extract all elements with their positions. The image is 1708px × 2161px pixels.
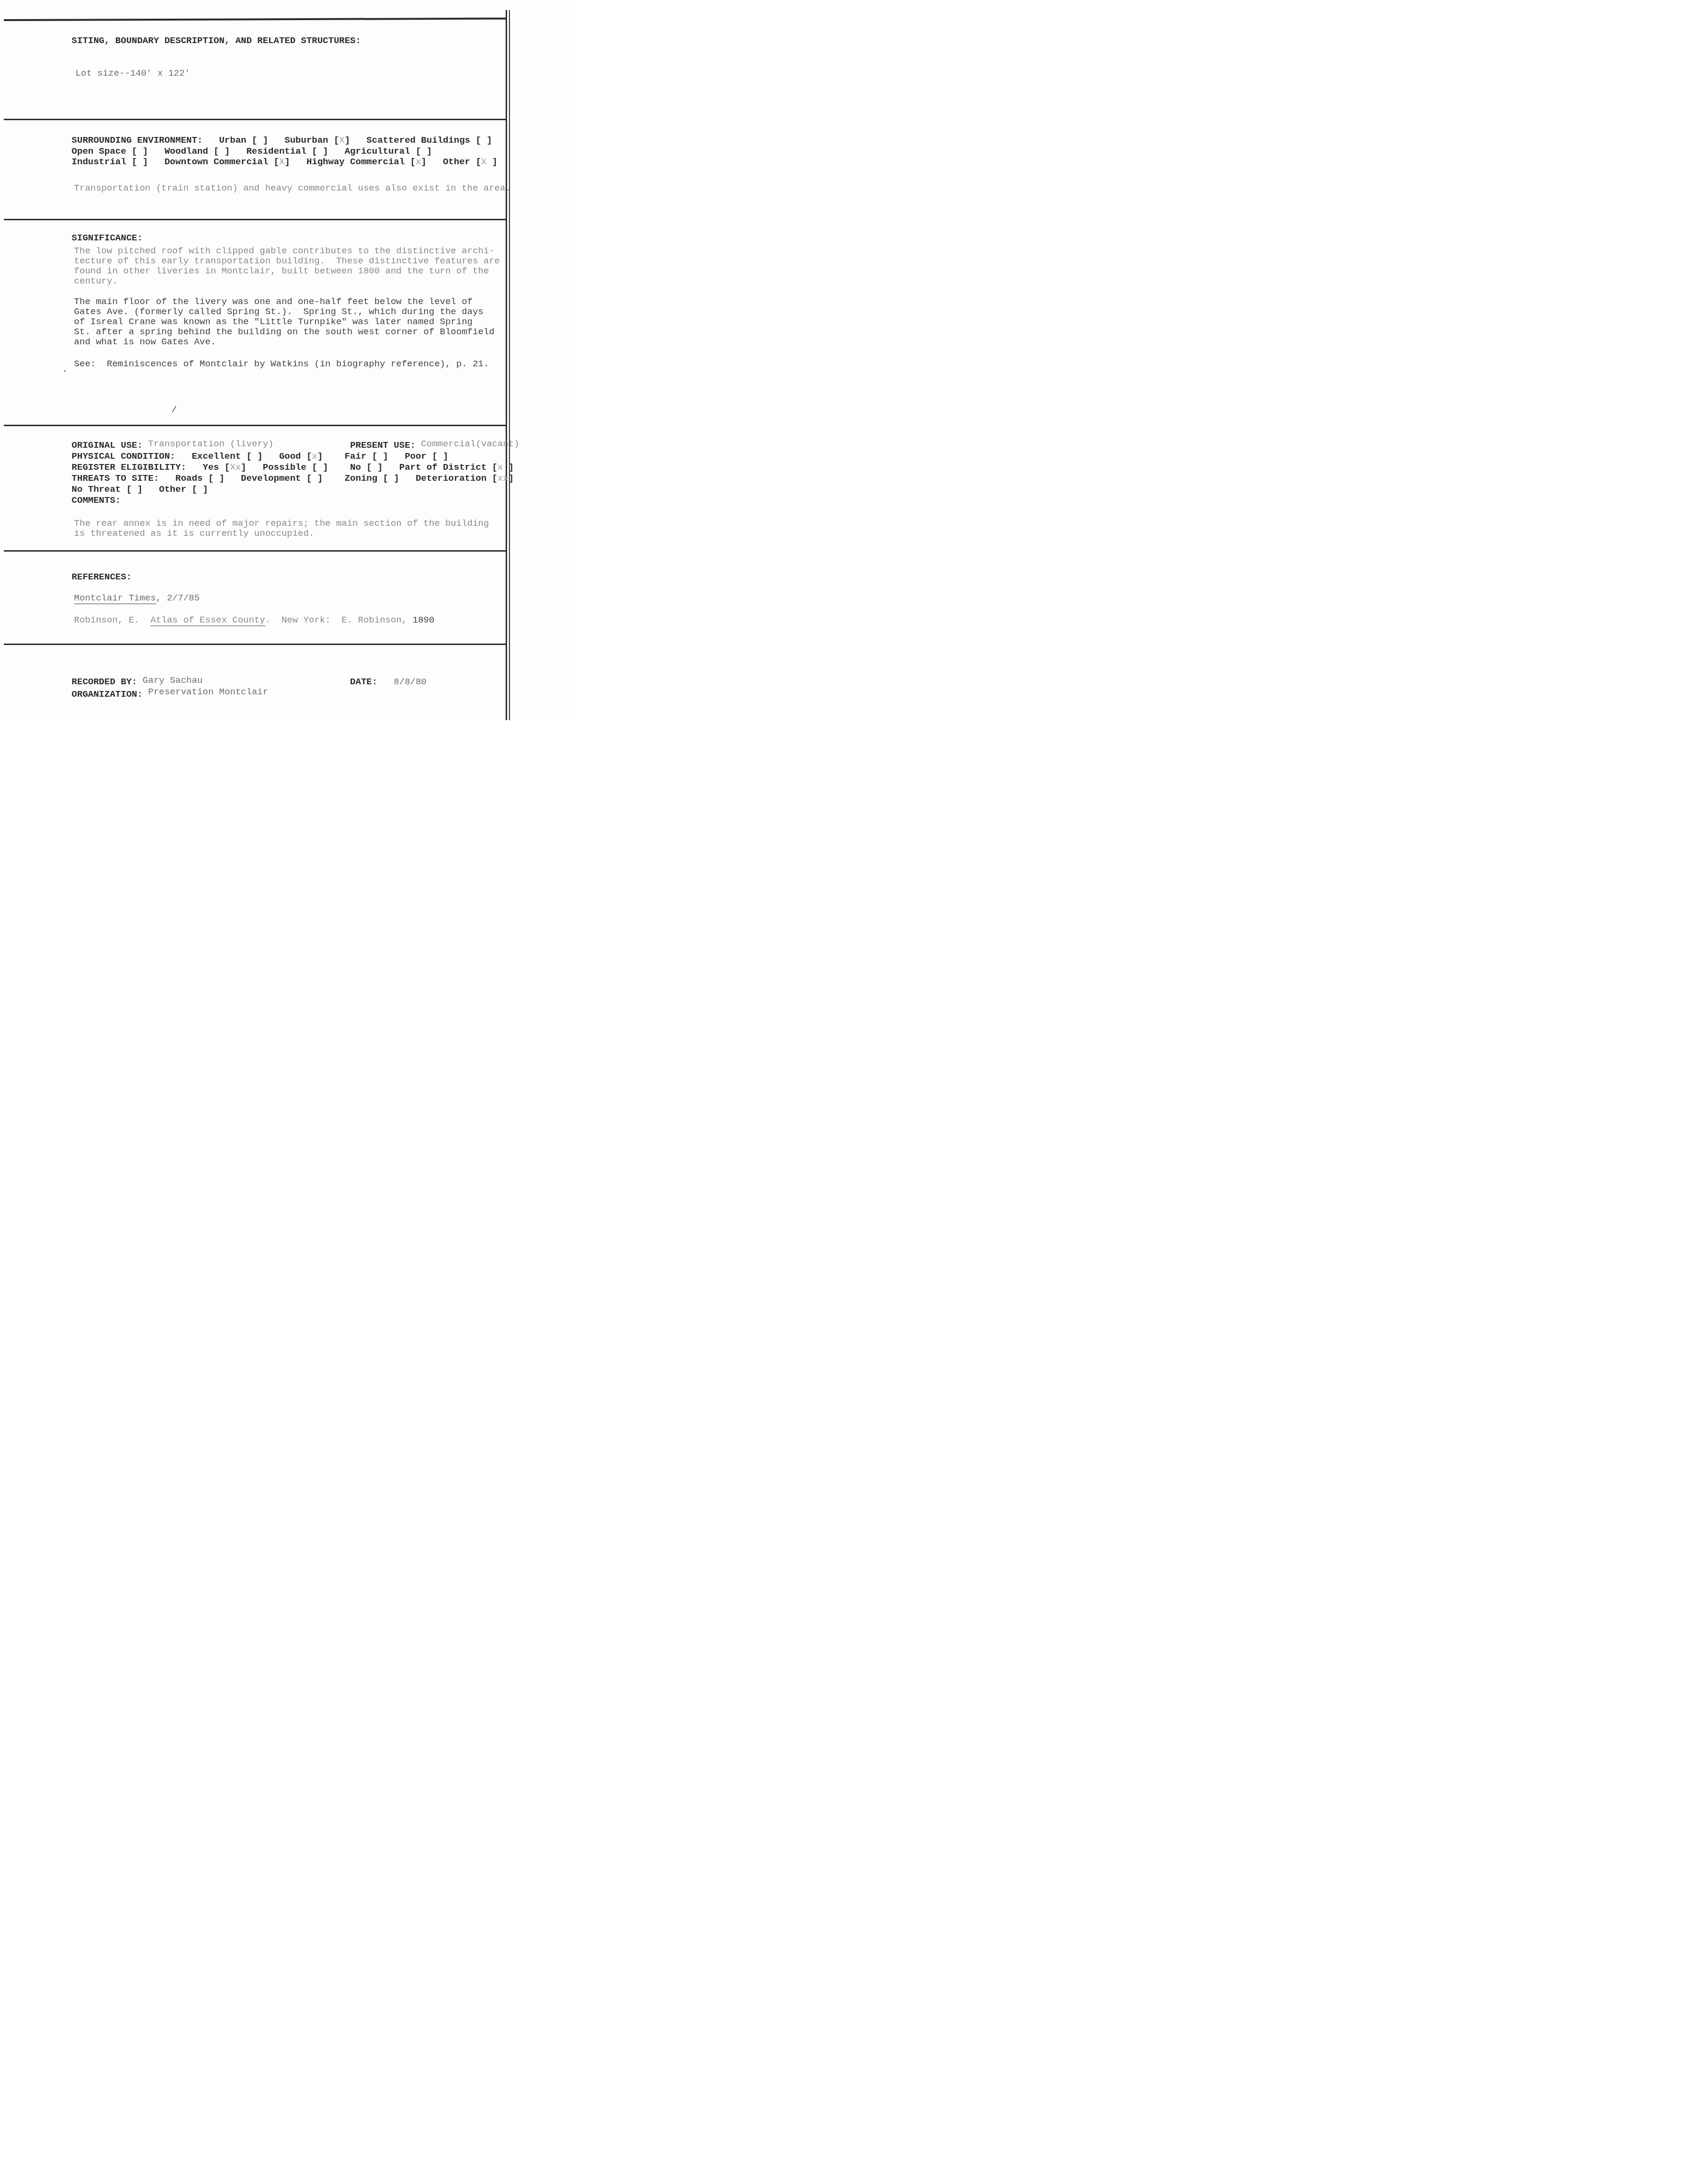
reference-1-date: , 2/7/85 — [156, 593, 200, 603]
environment-line3-seg3: ] Other [ — [421, 157, 481, 167]
checkbox-mark-highway-commercial: x — [416, 157, 421, 167]
checkbox-mark-deterioration: xx — [498, 473, 509, 484]
reference-2-year: 1890 — [413, 615, 435, 625]
organization-value: Preservation Montclair — [148, 687, 268, 697]
date-value: 8/8/80 — [394, 677, 426, 687]
reference-2-author: Robinson, E. — [74, 615, 151, 625]
rule-above-environment — [4, 119, 506, 120]
reference-2-publisher: . New York: E. Robinson, — [265, 615, 413, 625]
environment-line3-seg2: ] Highway Commercial [ — [284, 157, 416, 167]
environment-line3-seg1: Industrial [ ] Downtown Commercial [ — [72, 157, 279, 167]
environment-note: Transportation (train station) and heavy… — [52, 173, 511, 204]
survey-form-page: SITING, BOUNDARY DESCRIPTION, AND RELATE… — [0, 0, 569, 720]
organization-line: ORGANIZATION: Preservation Montclair — [50, 679, 268, 710]
stray-dot-glyph: . — [62, 364, 68, 374]
right-margin-line-outer — [509, 10, 510, 720]
reference-2-title: Atlas of Essex County — [150, 615, 265, 626]
para1-line4-text: century. — [74, 276, 118, 286]
rule-above-recorded — [4, 644, 506, 645]
comments-line2-text: is threatened as it is currently unoccup… — [74, 528, 315, 539]
environment-note-text: Transportation (train station) and heavy… — [74, 183, 511, 193]
comments-label-text: COMMENTS: — [72, 495, 121, 506]
threats-tail: ] — [509, 473, 514, 484]
environment-line-3: Industrial [ ] Downtown Commercial [X] H… — [50, 147, 498, 177]
rule-above-references — [4, 550, 506, 552]
para1-line3-text: found in other liveries in Montclair, bu… — [74, 266, 489, 276]
stray-slash-glyph: / — [171, 405, 177, 415]
siting-section-title: SITING, BOUNDARY DESCRIPTION, AND RELATE… — [50, 26, 361, 56]
checkbox-mark-downtown-commercial: X — [279, 157, 284, 167]
rule-above-use — [4, 425, 506, 426]
organization-label: ORGANIZATION: — [72, 689, 148, 700]
stray-slash-mark: / — [171, 405, 177, 415]
significance-see-line: See: Reminiscences of Montclair by Watki… — [52, 349, 489, 379]
lot-size-text: Lot size--140' x 122' — [76, 68, 190, 79]
references-heading-text: REFERENCES: — [72, 572, 132, 582]
siting-title-text: SITING, BOUNDARY DESCRIPTION, AND RELATE… — [72, 35, 361, 46]
rule-top — [4, 18, 506, 21]
see-reference-text: See: Reminiscences of Montclair by Watki… — [74, 359, 489, 369]
comments-line2: is threatened as it is currently unoccup… — [52, 519, 314, 549]
reference-2: Robinson, E. Atlas of Essex County. New … — [52, 605, 434, 635]
rule-above-significance — [4, 219, 506, 220]
reference-1-title: Montclair Times — [74, 593, 156, 604]
para2-line5-text: and what is now Gates Ave. — [74, 337, 216, 347]
environment-line3-seg4: ] — [486, 157, 498, 167]
right-margin-line-inner — [506, 10, 507, 720]
stray-dot-mark: . — [62, 364, 68, 374]
checkbox-mark-other: X — [481, 157, 486, 167]
lot-size-line: Lot size--140' x 122' — [54, 58, 190, 89]
